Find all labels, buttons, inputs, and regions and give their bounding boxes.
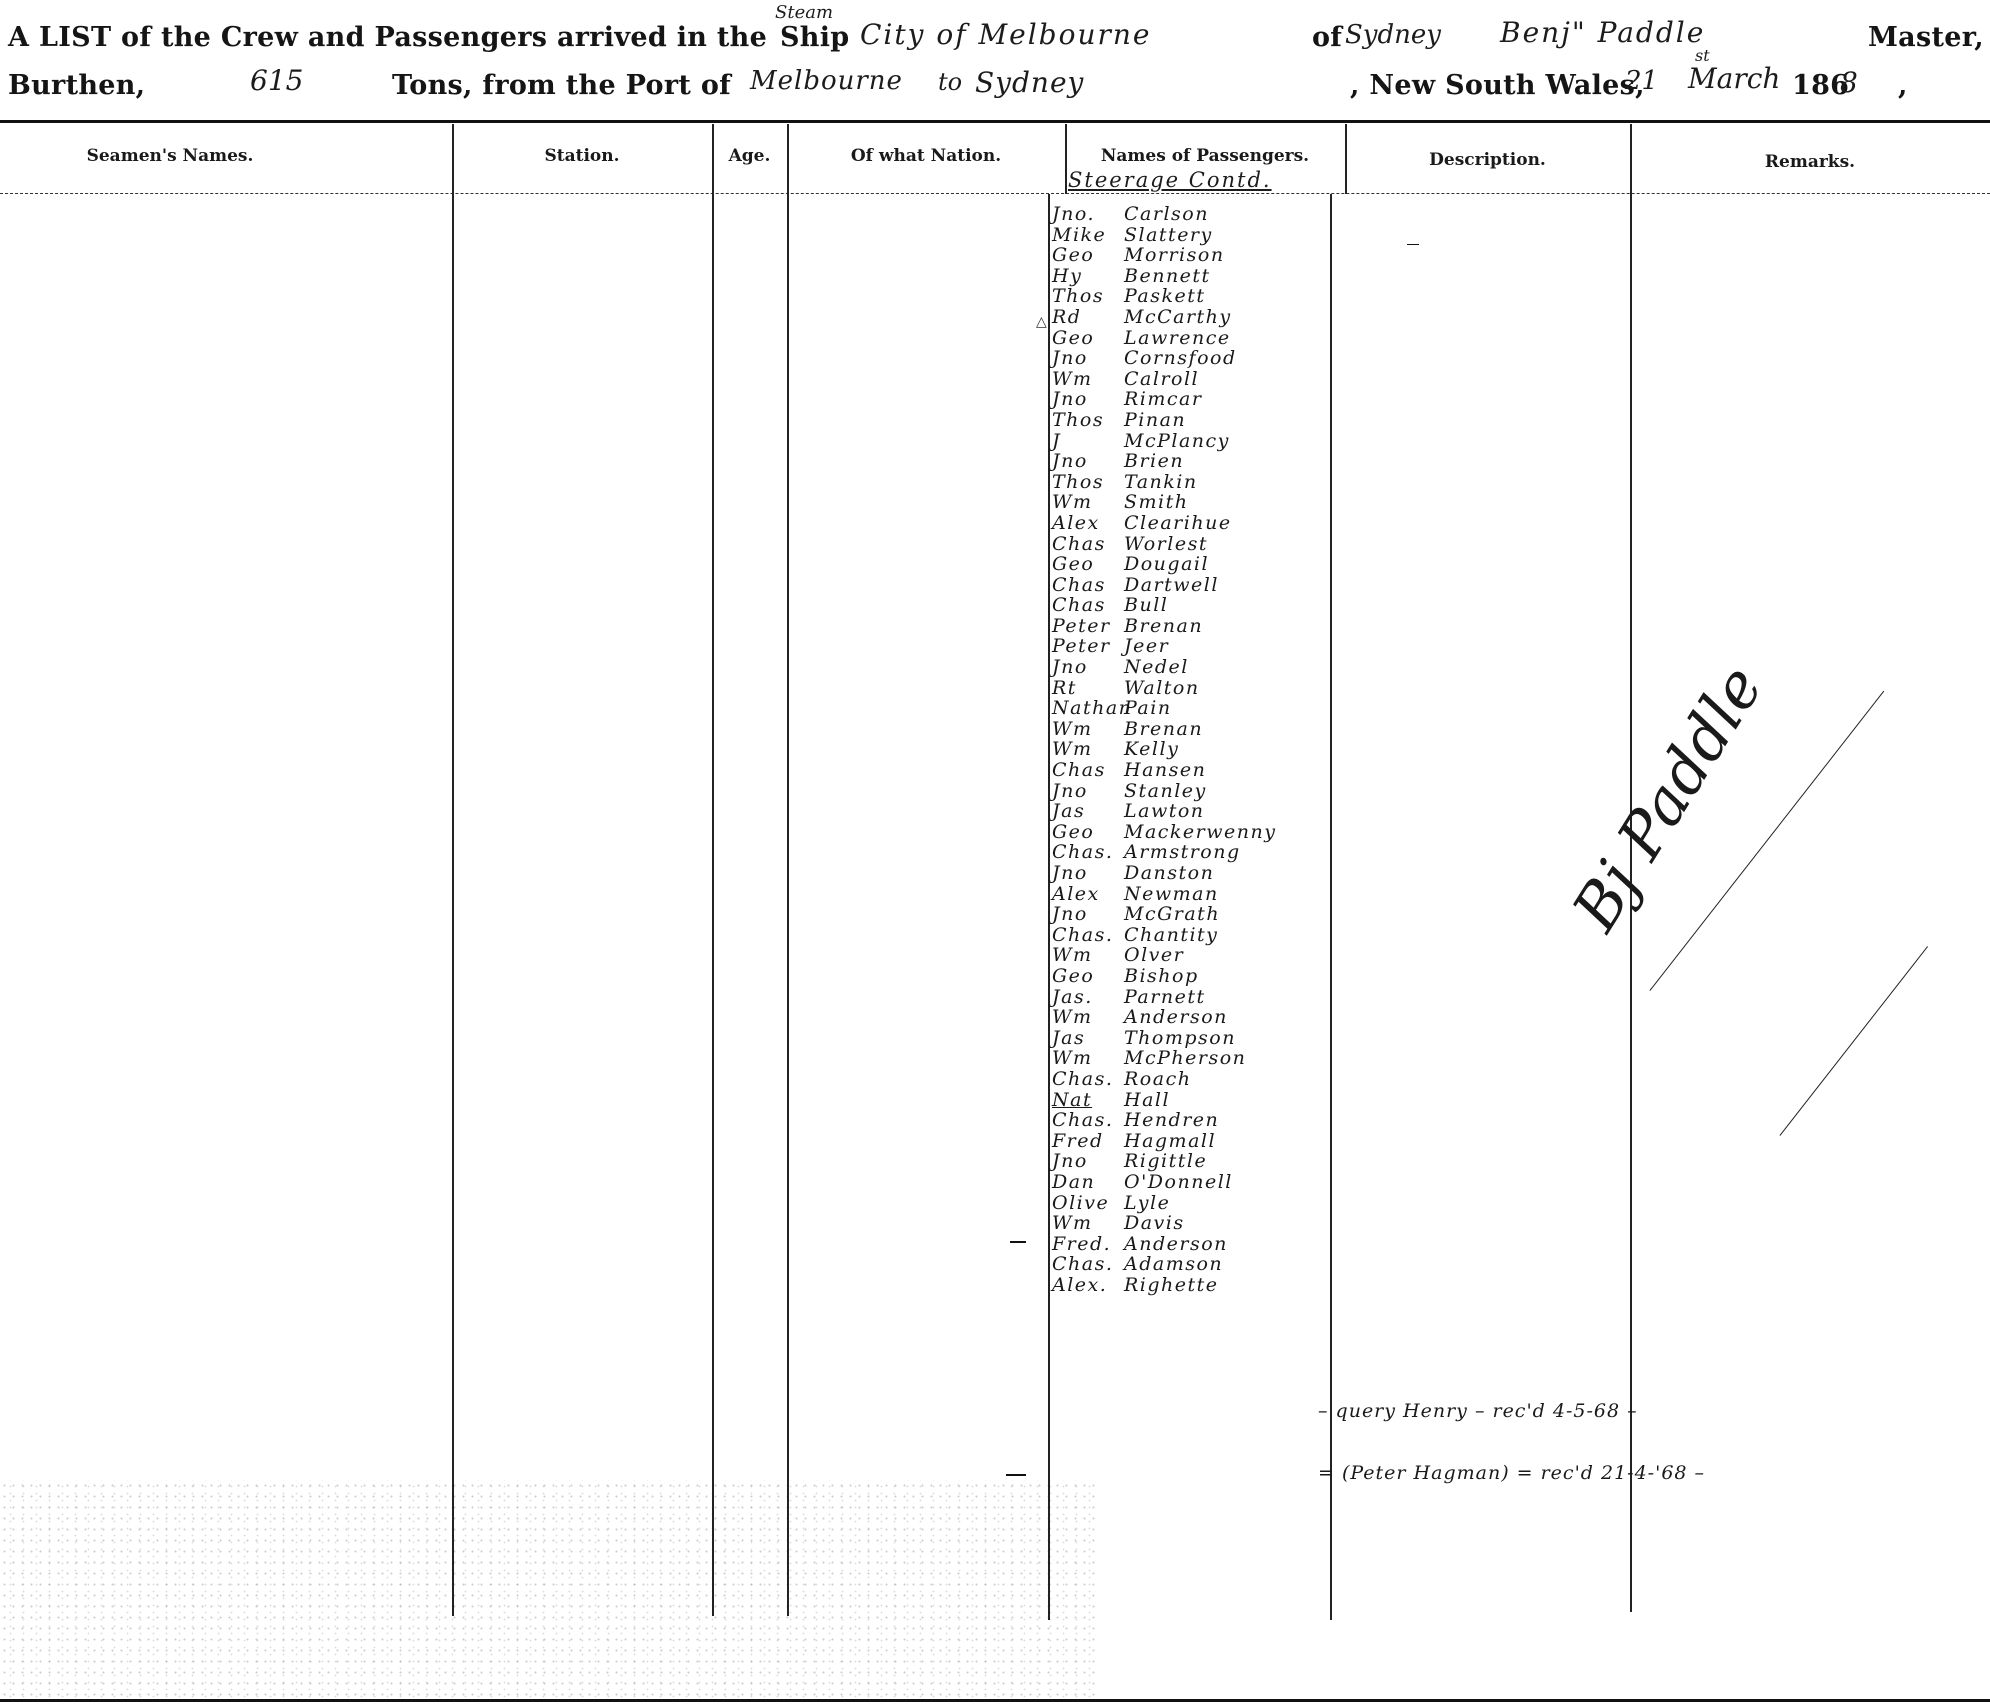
passenger-first-name: Jno	[1052, 781, 1124, 802]
passenger-last-name: Dougail	[1124, 553, 1209, 575]
passenger-first-name: Chas	[1052, 595, 1124, 616]
passenger-row: JnoRimcar	[1052, 389, 1352, 410]
passenger-row: ChasWorlest	[1052, 534, 1352, 555]
passenger-last-name: McPherson	[1124, 1047, 1246, 1069]
passenger-last-name: Chantity	[1124, 924, 1218, 946]
header-insertion-steam: Steam	[775, 2, 833, 23]
description-dash-mark	[1407, 244, 1419, 245]
passenger-first-name: Peter	[1052, 616, 1124, 637]
passenger-first-name: Wm	[1052, 1048, 1124, 1069]
passenger-last-name: Stanley	[1124, 780, 1207, 802]
passenger-first-name: Geo	[1052, 822, 1124, 843]
passenger-first-name: Wm	[1052, 719, 1124, 740]
passenger-last-name: Hendren	[1124, 1109, 1219, 1131]
passenger-first-name: Wm	[1052, 1007, 1124, 1028]
passenger-last-name: Roach	[1124, 1068, 1191, 1090]
passenger-last-name: Hall	[1124, 1089, 1170, 1111]
year-handwritten: 8	[1840, 66, 1858, 99]
header-thick-rule	[0, 120, 1990, 123]
passenger-first-name: Nathan	[1052, 698, 1124, 719]
passenger-row: JnoMcGrath	[1052, 904, 1352, 925]
passenger-first-name: Rt	[1052, 678, 1124, 699]
column-header-station: Station.	[452, 146, 712, 166]
passenger-last-name: Walton	[1124, 677, 1200, 699]
master-signature: Bj Paddle	[1558, 653, 1777, 943]
passenger-first-name: Geo	[1052, 245, 1124, 266]
passenger-last-name: Cornsfood	[1124, 347, 1237, 369]
date-month: March	[1688, 62, 1780, 95]
home-port: Sydney	[1345, 20, 1441, 50]
passenger-row: Chas.Roach	[1052, 1069, 1352, 1090]
passenger-row: JnoRigittle	[1052, 1151, 1352, 1172]
passenger-last-name: Carlson	[1124, 203, 1209, 225]
column-header-seamen: Seamen's Names.	[0, 146, 340, 166]
header-line-1-prefix: A LIST of the Crew and Passengers arrive…	[8, 22, 767, 53]
burthen-value: 615	[250, 64, 303, 97]
header-master-label: Master,	[1868, 22, 1984, 53]
passenger-first-name: Alex.	[1052, 1275, 1124, 1296]
header-trailing-comma: ,	[1898, 70, 1908, 101]
passenger-last-name: O'Donnell	[1124, 1171, 1233, 1193]
passenger-row: OliveLyle	[1052, 1193, 1352, 1214]
passenger-first-name: J	[1052, 431, 1124, 452]
passenger-last-name: Paskett	[1124, 285, 1206, 307]
passenger-row: RdMcCarthy	[1052, 307, 1352, 328]
margin-arrow-mark: △	[1036, 314, 1047, 330]
master-name: Benj" Paddle	[1500, 16, 1705, 49]
passenger-first-name: Chas.	[1052, 1110, 1124, 1131]
passenger-row: JasThompson	[1052, 1028, 1352, 1049]
passenger-first-name: Olive	[1052, 1193, 1124, 1214]
passenger-first-name: Alex	[1052, 513, 1124, 534]
passenger-last-name: Anderson	[1124, 1233, 1228, 1255]
passenger-last-name: McGrath	[1124, 903, 1220, 925]
column-header-rule	[0, 193, 1990, 194]
passenger-row: WmDavis	[1052, 1213, 1352, 1234]
paper-speckle-texture	[0, 1480, 1100, 1700]
passenger-row: Chas.Armstrong	[1052, 842, 1352, 863]
header-tons-label: Tons, from the Port of	[392, 70, 731, 101]
passenger-row: Jno.Carlson	[1052, 204, 1352, 225]
divider-age-nation	[787, 124, 789, 1616]
passenger-last-name: Calroll	[1124, 368, 1199, 390]
passenger-row: NathanPain	[1052, 698, 1352, 719]
passenger-last-name: Thompson	[1124, 1027, 1236, 1049]
passenger-first-name: Chas	[1052, 534, 1124, 555]
passenger-last-name: Danston	[1124, 862, 1214, 884]
column-header-nation: Of what Nation.	[787, 146, 1065, 166]
passenger-first-name: Chas.	[1052, 1254, 1124, 1275]
passenger-last-name: Brien	[1124, 450, 1184, 472]
passenger-first-name: Geo	[1052, 554, 1124, 575]
passenger-first-name: Jno	[1052, 863, 1124, 884]
passenger-first-name: Chas.	[1052, 1069, 1124, 1090]
passenger-row: WmBrenan	[1052, 719, 1352, 740]
margin-dash-mark	[1006, 1474, 1026, 1476]
passenger-row: FredHagmall	[1052, 1131, 1352, 1152]
column-header-age: Age.	[712, 146, 787, 166]
passenger-first-name: Chas.	[1052, 842, 1124, 863]
remark-fred-hagmall: = (Peter Hagman) = rec'd 21-4-'68 –	[1318, 1462, 1705, 1484]
to-port: Sydney	[975, 66, 1084, 99]
passenger-row: GeoMorrison	[1052, 245, 1352, 266]
passenger-last-name: Hagmall	[1124, 1130, 1216, 1152]
passenger-first-name: Dan	[1052, 1172, 1124, 1193]
passenger-row: WmSmith	[1052, 492, 1352, 513]
passenger-row: PeterBrenan	[1052, 616, 1352, 637]
passenger-last-name: Jeer	[1124, 635, 1169, 657]
passenger-last-name: Olver	[1124, 944, 1184, 966]
passenger-row: DanO'Donnell	[1052, 1172, 1352, 1193]
passenger-row: Chas.Chantity	[1052, 925, 1352, 946]
passenger-row: ThosPaskett	[1052, 286, 1352, 307]
header-ship-label: Ship	[780, 22, 849, 53]
column-header-description: Description.	[1345, 150, 1630, 170]
divider-station-age	[712, 124, 714, 1616]
passenger-last-name: Armstrong	[1124, 841, 1241, 863]
passenger-row: JnoBrien	[1052, 451, 1352, 472]
column-header-remarks: Remarks.	[1630, 152, 1990, 172]
passenger-first-name: Rd	[1052, 307, 1124, 328]
passenger-last-name: Righette	[1124, 1274, 1219, 1296]
passenger-row: ChasHansen	[1052, 760, 1352, 781]
passenger-first-name: Chas	[1052, 575, 1124, 596]
passenger-row: AlexNewman	[1052, 884, 1352, 905]
passenger-row: ThosTankin	[1052, 472, 1352, 493]
date-day: 21	[1625, 66, 1658, 96]
passenger-row: GeoDougail	[1052, 554, 1352, 575]
passenger-first-name: Jno	[1052, 904, 1124, 925]
passenger-last-name: Brenan	[1124, 718, 1203, 740]
passenger-last-name: Worlest	[1124, 533, 1208, 555]
ship-name: City of Melbourne	[860, 18, 1151, 51]
passenger-first-name: Thos	[1052, 286, 1124, 307]
passenger-last-name: McCarthy	[1124, 306, 1232, 328]
header-colony-label: , New South Wales,	[1350, 70, 1645, 101]
passenger-last-name: Bull	[1124, 594, 1168, 616]
passenger-last-name: Brenan	[1124, 615, 1203, 637]
column-header-passengers: Names of Passengers.	[1065, 146, 1345, 166]
passenger-first-name: Jno	[1052, 389, 1124, 410]
passenger-first-name: Jno	[1052, 451, 1124, 472]
passenger-row: Jas.Parnett	[1052, 987, 1352, 1008]
passenger-last-name: Lyle	[1124, 1192, 1170, 1214]
passenger-first-name: Fred	[1052, 1131, 1124, 1152]
passenger-list: Jno.Carlson MikeSlattery GeoMorrison HyB…	[1052, 204, 1352, 1295]
passenger-last-name: Bennett	[1124, 265, 1211, 287]
passenger-first-name: Wm	[1052, 1213, 1124, 1234]
passenger-row: ChasBull	[1052, 595, 1352, 616]
passenger-row: WmMcPherson	[1052, 1048, 1352, 1069]
passenger-row: NatHall	[1052, 1090, 1352, 1111]
passenger-row: JMcPlancy	[1052, 431, 1352, 452]
passenger-row: WmCalroll	[1052, 369, 1352, 390]
header-burthen-label: Burthen,	[8, 70, 145, 101]
passenger-first-name: Thos	[1052, 410, 1124, 431]
passenger-first-name: Wm	[1052, 945, 1124, 966]
passenger-row: GeoBishop	[1052, 966, 1352, 987]
passenger-last-name: Clearihue	[1124, 512, 1232, 534]
passenger-last-name: Rimcar	[1124, 388, 1202, 410]
passenger-first-name: Jno	[1052, 348, 1124, 369]
passenger-row: JasLawton	[1052, 801, 1352, 822]
passenger-last-name: Anderson	[1124, 1006, 1228, 1028]
passenger-row: RtWalton	[1052, 678, 1352, 699]
passenger-row: AlexClearihue	[1052, 513, 1352, 534]
passenger-first-name: Chas.	[1052, 925, 1124, 946]
passenger-last-name: Dartwell	[1124, 574, 1219, 596]
passenger-row: HyBennett	[1052, 266, 1352, 287]
passenger-last-name: Davis	[1124, 1212, 1185, 1234]
passenger-last-name: Morrison	[1124, 244, 1225, 266]
passenger-last-name: Rigittle	[1124, 1150, 1207, 1172]
passenger-last-name: Tankin	[1124, 471, 1198, 493]
passenger-row: GeoLawrence	[1052, 328, 1352, 349]
passenger-row: ChasDartwell	[1052, 575, 1352, 596]
passenger-class-heading: Steerage Contd.	[1068, 168, 1272, 192]
passenger-first-name: Jas	[1052, 1028, 1124, 1049]
passenger-row: Fred.Anderson	[1052, 1234, 1352, 1255]
passenger-last-name: Lawrence	[1124, 327, 1231, 349]
passenger-first-name: Nat	[1052, 1090, 1124, 1111]
passenger-row: JnoNedel	[1052, 657, 1352, 678]
passenger-row: PeterJeer	[1052, 636, 1352, 657]
passenger-last-name: Adamson	[1124, 1253, 1223, 1275]
passenger-first-name: Jno	[1052, 1151, 1124, 1172]
signature-flourish-lower	[1779, 946, 1928, 1136]
passenger-last-name: McPlancy	[1124, 430, 1230, 452]
passenger-first-name: Chas	[1052, 760, 1124, 781]
from-port: Melbourne	[750, 66, 903, 96]
passenger-last-name: Kelly	[1124, 738, 1179, 760]
passenger-first-name: Hy	[1052, 266, 1124, 287]
passenger-row: Alex.Righette	[1052, 1275, 1352, 1296]
passenger-last-name: Pinan	[1124, 409, 1186, 431]
remark-nat-hall: – query Henry – rec'd 4-5-68 –	[1318, 1400, 1638, 1422]
passenger-last-name: Nedel	[1124, 656, 1189, 678]
passenger-row: WmOlver	[1052, 945, 1352, 966]
passenger-row: GeoMackerwenny	[1052, 822, 1352, 843]
passenger-first-name: Jno.	[1052, 204, 1124, 225]
passenger-row: Chas.Adamson	[1052, 1254, 1352, 1275]
passenger-first-name: Peter	[1052, 636, 1124, 657]
passenger-first-name: Wm	[1052, 369, 1124, 390]
margin-dash-mark	[1010, 1241, 1026, 1243]
passenger-last-name: Mackerwenny	[1124, 821, 1276, 843]
passenger-last-name: Hansen	[1124, 759, 1206, 781]
passenger-row: Chas.Hendren	[1052, 1110, 1352, 1131]
passenger-row: MikeSlattery	[1052, 225, 1352, 246]
bottom-rule	[0, 1699, 1990, 1702]
divider-seamen-station	[452, 124, 454, 1616]
passenger-last-name: Parnett	[1124, 986, 1206, 1008]
passenger-last-name: Newman	[1124, 883, 1219, 905]
passenger-last-name: Slattery	[1124, 224, 1213, 246]
header-of-label: of	[1312, 22, 1342, 53]
passenger-first-name: Wm	[1052, 739, 1124, 760]
passenger-row: JnoStanley	[1052, 781, 1352, 802]
passenger-first-name: Alex	[1052, 884, 1124, 905]
header-to-label: to	[938, 68, 962, 96]
passenger-row: JnoCornsfood	[1052, 348, 1352, 369]
passenger-first-name: Geo	[1052, 328, 1124, 349]
passenger-first-name: Fred.	[1052, 1234, 1124, 1255]
passenger-last-name: Smith	[1124, 491, 1188, 513]
passenger-row: ThosPinan	[1052, 410, 1352, 431]
passenger-first-name: Thos	[1052, 472, 1124, 493]
passenger-row: WmAnderson	[1052, 1007, 1352, 1028]
passenger-last-name: Bishop	[1124, 965, 1199, 987]
passenger-first-name: Geo	[1052, 966, 1124, 987]
passenger-last-name: Lawton	[1124, 800, 1205, 822]
passenger-first-name: Wm	[1052, 492, 1124, 513]
passenger-first-name: Jas.	[1052, 987, 1124, 1008]
passenger-first-name: Mike	[1052, 225, 1124, 246]
passenger-last-name: Pain	[1124, 697, 1172, 719]
passenger-first-name: Jas	[1052, 801, 1124, 822]
passenger-row: JnoDanston	[1052, 863, 1352, 884]
divider-nation-passengers	[1048, 194, 1050, 1620]
passenger-row: WmKelly	[1052, 739, 1352, 760]
passenger-first-name: Jno	[1052, 657, 1124, 678]
